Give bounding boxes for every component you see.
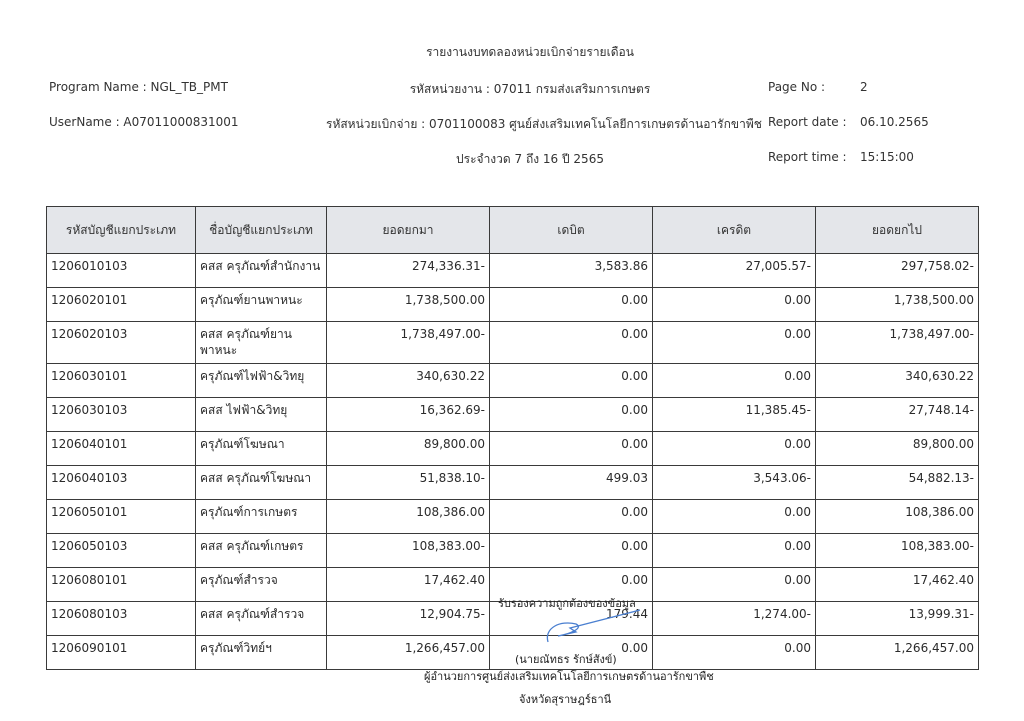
cell-account-name: ครุภัณฑ์ไฟฟ้า&วิทยุ xyxy=(196,364,327,398)
signer-province: จังหวัดสุราษฎร์ธานี xyxy=(519,690,611,708)
table-row: 1206030103คสส ไฟฟ้า&วิทยุ16,362.69-0.001… xyxy=(47,398,979,432)
cell-carried-forward: 1,738,500.00 xyxy=(816,288,979,322)
cell-carried-forward: 27,748.14- xyxy=(816,398,979,432)
report-title: รายงานงบทดลองหน่วยเบิกจ่ายรายเดือน xyxy=(0,43,1024,62)
cell-account-code: 1206020101 xyxy=(47,288,196,322)
cell-account-name: คสส ครุภัณฑ์สำรวจ xyxy=(196,602,327,636)
cell-credit: 0.00 xyxy=(653,322,816,364)
cell-carried-forward: 1,738,497.00- xyxy=(816,322,979,364)
cell-credit: 0.00 xyxy=(653,500,816,534)
cell-account-code: 1206020103 xyxy=(47,322,196,364)
cell-credit: 3,543.06- xyxy=(653,466,816,500)
cell-debit: 0.00 xyxy=(490,364,653,398)
cell-debit: 0.00 xyxy=(490,322,653,364)
cell-credit: 11,385.45- xyxy=(653,398,816,432)
report-time-label: Report time : xyxy=(768,150,847,164)
cell-debit: 0.00 xyxy=(490,534,653,568)
cell-brought-forward: 340,630.22 xyxy=(327,364,490,398)
col-header-brought-forward: ยอดยกมา xyxy=(327,207,490,254)
cell-carried-forward: 17,462.40 xyxy=(816,568,979,602)
cell-credit: 0.00 xyxy=(653,568,816,602)
cell-account-code: 1206050101 xyxy=(47,500,196,534)
cell-account-code: 1206050103 xyxy=(47,534,196,568)
cell-account-name: ครุภัณฑ์วิทย์ฯ xyxy=(196,636,327,670)
cell-account-code: 1206090101 xyxy=(47,636,196,670)
cell-account-code: 1206040101 xyxy=(47,432,196,466)
cell-account-code: 1206010103 xyxy=(47,254,196,288)
cell-credit: 0.00 xyxy=(653,636,816,670)
table-row: 1206040101ครุภัณฑ์โฆษณา89,800.000.000.00… xyxy=(47,432,979,466)
cell-brought-forward: 17,462.40 xyxy=(327,568,490,602)
cell-credit: 27,005.57- xyxy=(653,254,816,288)
cell-account-code: 1206080103 xyxy=(47,602,196,636)
cell-brought-forward: 1,266,457.00 xyxy=(327,636,490,670)
disbursing-unit: รหัสหน่วยเบิกจ่าย : 0701100083 ศูนย์ส่งเ… xyxy=(326,115,762,134)
cell-debit: 0.00 xyxy=(490,500,653,534)
cell-brought-forward: 108,383.00- xyxy=(327,534,490,568)
cell-brought-forward: 16,362.69- xyxy=(327,398,490,432)
table-row: 1206010103คสส ครุภัณฑ์สำนักงาน274,336.31… xyxy=(47,254,979,288)
signature-mark xyxy=(540,608,650,644)
cell-credit: 0.00 xyxy=(653,288,816,322)
cell-brought-forward: 51,838.10- xyxy=(327,466,490,500)
user-name: UserName : A07011000831001 xyxy=(49,115,239,129)
page-no: 2 xyxy=(860,80,868,94)
table-header-row: รหัสบัญชีแยกประเภท ชื่อบัญชีแยกประเภท ยอ… xyxy=(47,207,979,254)
report-date: 06.10.2565 xyxy=(860,115,929,129)
cell-account-code: 1206030103 xyxy=(47,398,196,432)
cell-carried-forward: 54,882.13- xyxy=(816,466,979,500)
table-row: 1206020101ครุภัณฑ์ยานพาหนะ1,738,500.000.… xyxy=(47,288,979,322)
report-date-label: Report date : xyxy=(768,115,847,129)
cell-credit: 0.00 xyxy=(653,432,816,466)
cell-credit: 0.00 xyxy=(653,364,816,398)
cell-account-name: ครุภัณฑ์โฆษณา xyxy=(196,432,327,466)
agency-code: รหัสหน่วยงาน : 07011 กรมส่งเสริมการเกษตร xyxy=(0,80,1024,99)
table-row: 1206050103คสส ครุภัณฑ์เกษตร108,383.00-0.… xyxy=(47,534,979,568)
cell-brought-forward: 89,800.00 xyxy=(327,432,490,466)
cell-brought-forward: 108,386.00 xyxy=(327,500,490,534)
cell-debit: 0.00 xyxy=(490,288,653,322)
page-no-label: Page No : xyxy=(768,80,825,94)
cell-account-name: คสส ครุภัณฑ์ยานพาหนะ xyxy=(196,322,327,364)
cell-account-name: คสส ครุภัณฑ์เกษตร xyxy=(196,534,327,568)
col-header-account-name: ชื่อบัญชีแยกประเภท xyxy=(196,207,327,254)
cell-carried-forward: 340,630.22 xyxy=(816,364,979,398)
cell-brought-forward: 1,738,500.00 xyxy=(327,288,490,322)
cell-debit: 499.03 xyxy=(490,466,653,500)
cell-account-name: คสส ครุภัณฑ์โฆษณา xyxy=(196,466,327,500)
cell-carried-forward: 1,266,457.00 xyxy=(816,636,979,670)
cell-carried-forward: 108,383.00- xyxy=(816,534,979,568)
cell-debit: 0.00 xyxy=(490,432,653,466)
cell-account-name: ครุภัณฑ์ยานพาหนะ xyxy=(196,288,327,322)
table-row: 1206040103คสส ครุภัณฑ์โฆษณา51,838.10-499… xyxy=(47,466,979,500)
cell-debit: 0.00 xyxy=(490,398,653,432)
table-row: 1206020103คสส ครุภัณฑ์ยานพาหนะ1,738,497.… xyxy=(47,322,979,364)
table-row: 1206030101ครุภัณฑ์ไฟฟ้า&วิทยุ340,630.220… xyxy=(47,364,979,398)
col-header-debit: เดบิต xyxy=(490,207,653,254)
col-header-account-code: รหัสบัญชีแยกประเภท xyxy=(47,207,196,254)
signer-position: ผู้อำนวยการศูนย์ส่งเสริมเทคโนโลยีการเกษต… xyxy=(424,667,714,685)
cell-brought-forward: 1,738,497.00- xyxy=(327,322,490,364)
cell-debit: 3,583.86 xyxy=(490,254,653,288)
cell-brought-forward: 274,336.31- xyxy=(327,254,490,288)
cell-carried-forward: 297,758.02- xyxy=(816,254,979,288)
cell-account-name: คสส ไฟฟ้า&วิทยุ xyxy=(196,398,327,432)
cell-carried-forward: 89,800.00 xyxy=(816,432,979,466)
cell-credit: 0.00 xyxy=(653,534,816,568)
cell-account-name: ครุภัณฑ์สำรวจ xyxy=(196,568,327,602)
cell-account-code: 1206080101 xyxy=(47,568,196,602)
cell-carried-forward: 13,999.31- xyxy=(816,602,979,636)
cell-credit: 1,274.00- xyxy=(653,602,816,636)
cell-account-code: 1206030101 xyxy=(47,364,196,398)
col-header-credit: เครดิต xyxy=(653,207,816,254)
table-row: 1206050101ครุภัณฑ์การเกษตร108,386.000.00… xyxy=(47,500,979,534)
signer-name: (นายณัทธร รักษ์สังข์) xyxy=(515,650,617,668)
table-row: 1206090101ครุภัณฑ์วิทย์ฯ1,266,457.000.00… xyxy=(47,636,979,670)
cell-account-code: 1206040103 xyxy=(47,466,196,500)
cell-account-name: ครุภัณฑ์การเกษตร xyxy=(196,500,327,534)
col-header-carried-forward: ยอดยกไป xyxy=(816,207,979,254)
cell-brought-forward: 12,904.75- xyxy=(327,602,490,636)
report-time: 15:15:00 xyxy=(860,150,914,164)
cell-carried-forward: 108,386.00 xyxy=(816,500,979,534)
cell-account-name: คสส ครุภัณฑ์สำนักงาน xyxy=(196,254,327,288)
